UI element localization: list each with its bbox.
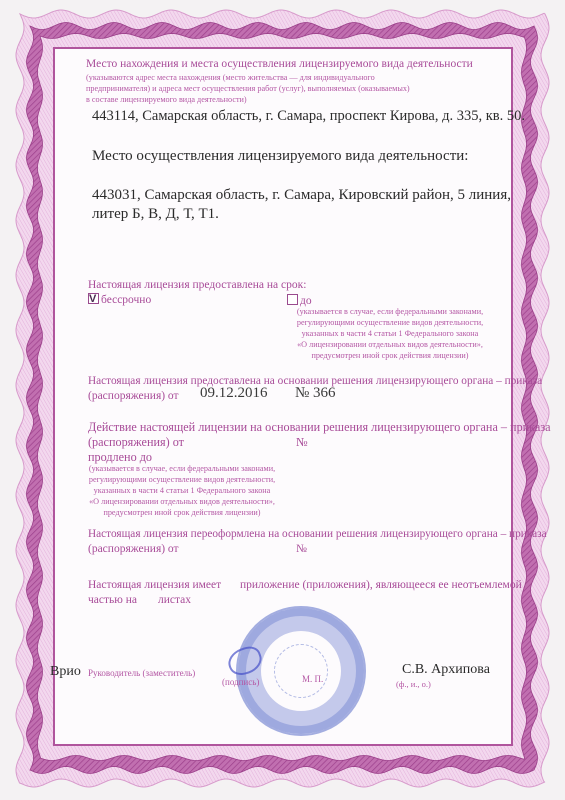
address-note-line-3: в составе лицензируемого вида деятельнос… <box>86 94 247 105</box>
appendix-line-2-a: частью на <box>88 592 137 608</box>
term-note-line: предусмотрен иной срок действия лицензии… <box>290 350 490 361</box>
extended-note-line: «О лицензировании отдельных видов деятел… <box>82 496 282 507</box>
reissued-line-2-label: (распоряжения) от <box>88 541 179 557</box>
signer-role-label: Руководитель (заместитель) <box>88 668 195 678</box>
appendix-line-1-a: Настоящая лицензия имеет <box>88 577 221 593</box>
signature-label: (подпись) <box>222 677 259 687</box>
unlimited-checkbox[interactable] <box>88 293 99 304</box>
seal-emblem-icon <box>274 644 328 698</box>
extended-note-line: регулирующими осуществление видов деятел… <box>82 474 282 485</box>
extended-number: № <box>296 434 308 450</box>
address-label: Место нахождения и места осуществления л… <box>86 56 473 72</box>
activity-place-line-2: литер Б, В, Д, Т, Т1. <box>92 205 219 224</box>
extended-line-1: Действие настоящей лицензии на основании… <box>88 419 551 435</box>
term-label: Настоящая лицензия предоставлена на срок… <box>88 277 306 293</box>
until-checkbox[interactable] <box>287 294 298 305</box>
extended-note-line: (указывается в случае, если федеральными… <box>82 463 282 474</box>
address-note-line-2: предпринимателя) и адреса мест осуществл… <box>86 83 410 94</box>
term-note: (указывается в случае, если федеральными… <box>290 306 490 361</box>
official-seal <box>236 606 366 736</box>
reissued-number: № <box>296 541 307 557</box>
term-note-line: указанных в части 4 статьи 1 Федеральног… <box>290 328 490 339</box>
signer-prefix: Врио <box>50 664 81 680</box>
reissued-line-1: Настоящая лицензия переоформлена на осно… <box>88 526 547 542</box>
appendix-line-1-b: приложение (приложения), являющееся ее н… <box>240 577 522 593</box>
extended-note-line: указанных в части 4 статьи 1 Федеральног… <box>82 485 282 496</box>
granted-number: № 366 <box>295 385 336 402</box>
extended-line-2-label: (распоряжения) от <box>88 434 184 450</box>
appendix-line-2-b: листах <box>158 592 191 608</box>
signer-name-label: (ф., и., о.) <box>396 679 431 689</box>
term-note-line: «О лицензировании отдельных видов деятел… <box>290 339 490 350</box>
address-note-line-1: (указываются адрес места нахождения (мес… <box>86 72 375 83</box>
signer-name: С.В. Архипова <box>402 662 490 678</box>
granted-line-2-label: (распоряжения) от <box>88 388 179 404</box>
granted-date: 09.12.2016 <box>200 385 268 402</box>
term-note-line: регулирующими осуществление видов деятел… <box>290 317 490 328</box>
extended-note-line: предусмотрен иной срок действия лицензии… <box>82 507 282 518</box>
term-note-line: (указывается в случае, если федеральными… <box>290 306 490 317</box>
extended-note: (указывается в случае, если федеральными… <box>82 463 282 518</box>
unlimited-label: бессрочно <box>101 294 151 306</box>
activity-place-label: Место осуществления лицензируемого вида … <box>92 147 468 166</box>
address-value: 443114, Самарская область, г. Самара, пр… <box>92 107 525 126</box>
term-unlimited-option[interactable]: бессрочно <box>88 292 151 308</box>
activity-place-line-1: 443031, Самарская область, г. Самара, Ки… <box>92 186 511 205</box>
seal-label: М. П. <box>302 674 323 684</box>
